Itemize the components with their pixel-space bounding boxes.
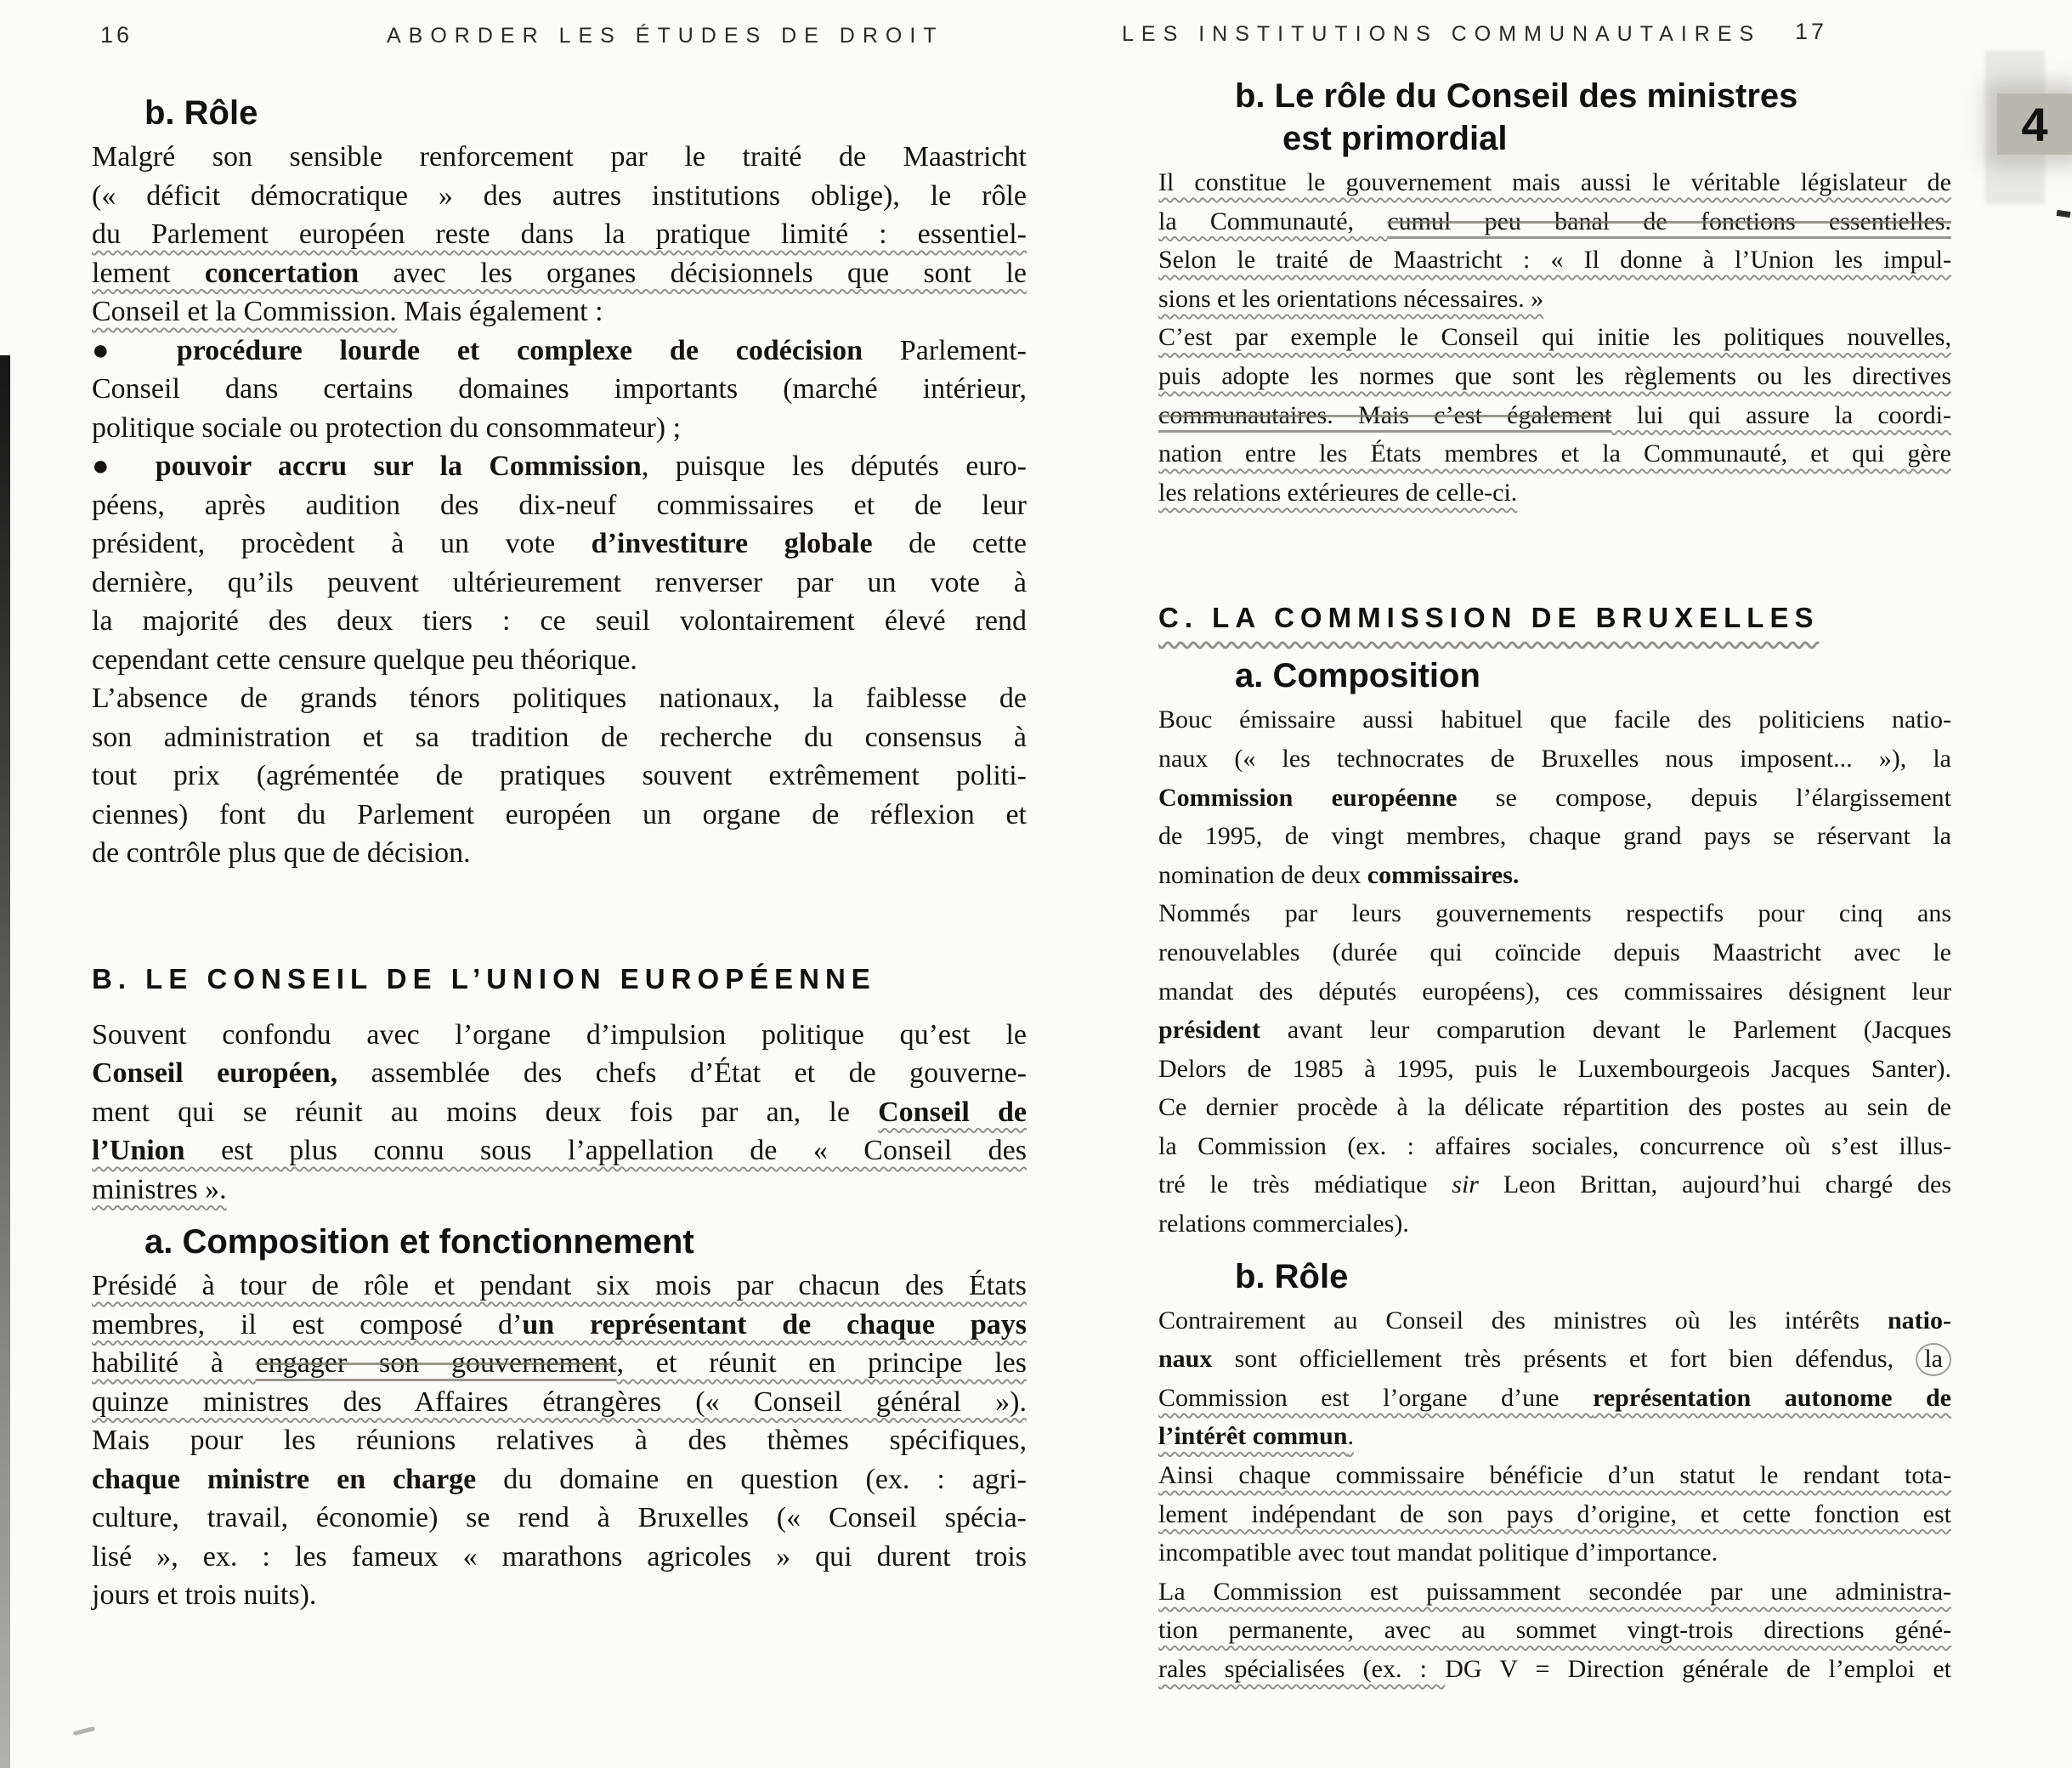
text-segment: ment qui se réunit au moins deux fois pa… [92,1096,878,1128]
text-segment: d’investiture globale [592,528,873,559]
text-segment: sir [1452,1170,1479,1198]
text-line: Contrairement au Conseil des ministres o… [1158,1301,1951,1340]
text-line: l’Union est plus connu sous l’appellatio… [92,1131,1027,1170]
text-line: Conseil dans certains domaines important… [92,370,1027,409]
subsection-heading-line: b. Rôle [1235,1255,1951,1298]
text-segment: naux [1158,1345,1212,1373]
text-segment: de cette [873,528,1027,559]
text-line: nation entre les États membres et la Com… [1158,434,1951,473]
text-line: Conseil et la Commission. Mais également… [92,292,1027,331]
text-segment: Présidé à tour de rôle et pendant six mo… [92,1270,1027,1301]
text-line: Selon le traité de Maastricht : « Il don… [1158,241,1951,280]
text-line: tout prix (agrémentée de pratiques souve… [92,756,1027,796]
text-segment: Delors de 1985 à 1995, puis le Luxembour… [1158,1055,1951,1083]
text-line: quinze ministres des Affaires étrangères… [92,1383,1027,1422]
pencil-mark [73,1726,95,1736]
text-line: péens, après audition des dix-neuf commi… [92,486,1027,525]
text-line: Commission est l’organe d’une représenta… [1158,1379,1951,1418]
text-segment: son administration et sa tradition de re… [92,722,1027,753]
text-line: rales spécialisées (ex. : DG V = Directi… [1158,1650,1951,1689]
text-segment: mandat des députés européens), ces commi… [1158,977,1951,1006]
text-segment: membres, il est composé d’ [92,1309,522,1340]
text-line: (« déficit démocratique » des autres ins… [92,177,1027,216]
text-segment: relations commerciales). [1158,1210,1409,1238]
text-line: tré le très médiatique sir Leon Brittan,… [1158,1165,1951,1204]
text-segment: Malgré son sensible renforcement par le … [92,141,1027,173]
text-segment: du domaine en question (ex. : agri- [476,1464,1027,1495]
text-segment: communautaires. Mais c’est également [1158,401,1611,429]
text-line: Malgré son sensible renforcement par le … [92,138,1027,177]
scan-speck [2057,210,2071,218]
text-line: la majorité des deux tiers : ce seuil vo… [92,602,1027,641]
text-segment: ciennes) font du Parlement européen un o… [92,799,1027,830]
subsection-heading-line: a. Composition et fonctionnement [144,1221,1027,1263]
text-segment: habilité à [92,1347,256,1379]
text-segment: nation entre les États membres et la Com… [1158,439,1951,467]
text-segment: est plus connu sous l’appellation de « C… [185,1135,1027,1166]
text-line: Ainsi chaque commissaire bénéficie d’un … [1158,1456,1951,1495]
text-segment: (« déficit démocratique » des autres ins… [92,180,1027,212]
text-line: lement concertation avec les organes déc… [92,254,1027,293]
text-line: son administration et sa tradition de re… [92,718,1027,757]
text-segment: ● pouvoir accru sur la Commission [92,450,642,482]
text-line: membres, il est composé d’un représentan… [92,1306,1027,1345]
text-segment: les relations extérieures de celle-ci. [1158,479,1517,507]
subsection-heading: a. Composition [1235,654,1951,697]
section-heading: B. LE CONSEIL DE L’UNION EUROPÉENNE [92,961,1027,997]
text-segment: de 1995, de vingt membres, chaque grand … [1158,822,1951,850]
text-line: les relations extérieures de celle-ci. [1158,473,1951,513]
text-segment: tré le très médiatique [1158,1170,1452,1198]
text-segment: . [1347,1422,1354,1450]
text-segment: quinze ministres des Affaires étrangères… [92,1386,1027,1418]
text-segment: président, procèdent à un vote [92,528,592,559]
subsection-heading: a. Composition et fonctionnement [144,1221,1027,1263]
text-segment: la majorité des deux tiers : ce seuil vo… [92,605,1027,637]
text-line: Conseil européen, assemblée des chefs d’… [92,1054,1027,1093]
text-segment: puis adopte les normes que sont les règl… [1158,362,1951,390]
text-segment: commissaires. [1367,861,1520,889]
text-segment: concertation [205,258,359,289]
text-segment: Ce dernier procède à la délicate réparti… [1158,1093,1951,1121]
text-segment: cependant cette censure quelque peu théo… [92,644,637,676]
text-line: L’absence de grands ténors politiques na… [92,679,1027,718]
text-line: Ce dernier procède à la délicate réparti… [1158,1088,1951,1127]
text-segment: , puisque les députés euro- [642,450,1027,482]
text-segment: renouvelables (durée qui coïncide depuis… [1158,938,1951,966]
text-line: chaque ministre en charge du domaine en … [92,1460,1027,1499]
text-segment: nomination de deux [1158,861,1367,889]
text-line: sions et les orientations nécessaires. » [1158,280,1951,319]
subsection-heading-line: a. Composition [1235,654,1951,697]
text-segment: assemblée des chefs d’État et de gouvern… [337,1057,1027,1089]
subsection-heading-line: b. Le rôle du Conseil des ministres [1235,75,1951,117]
text-segment: tion permanente, avec au sommet vingt-tr… [1158,1616,1951,1644]
text-line: président avant leur comparution devant … [1158,1011,1951,1050]
text-line: président, procèdent à un vote d’investi… [92,524,1027,564]
text-segment: Nommés par leurs gouvernements respectif… [1158,899,1951,927]
text-segment: péens, après audition des dix-neuf commi… [92,490,1027,521]
text-segment: de contrôle plus que de décision. [92,837,471,869]
text-line: relations commerciales). [1158,1204,1951,1244]
text-line: tion permanente, avec au sommet vingt-tr… [1158,1611,1951,1650]
text-segment: avant leur comparution devant le Parleme… [1260,1016,1951,1044]
text-segment: rales spécialisées (ex. : [1158,1655,1445,1683]
text-segment: ministres ». [92,1174,227,1205]
subsection-heading-line: b. Rôle [144,92,1027,134]
text-line: naux (« les technocrates de Bruxelles no… [1158,739,1951,779]
text-segment: Bouc émissaire aussi habituel que facile… [1158,705,1951,734]
subsection-heading: b. Rôle [1235,1255,1951,1298]
text-segment: tout prix (agrémentée de pratiques souve… [92,760,1027,791]
text-segment: jours et trois nuits). [92,1579,316,1611]
text-segment: Parlement- [863,335,1027,366]
chapter-tab: 4 [1997,93,2072,155]
text-line: mandat des députés européens), ces commi… [1158,972,1951,1011]
text-segment: représentation autonome de [1593,1384,1951,1412]
text-segment: dernière, qu’ils peuvent ultérieurement … [92,567,1027,598]
text-segment: La Commission est puissamment secondée p… [1158,1578,1951,1606]
text-line: Souvent confondu avec l’organe d’impulsi… [92,1016,1027,1055]
text-segment: la Commission (ex. : affaires sociales, … [1158,1132,1951,1160]
text-segment: culture, travail, économie) se rend à Br… [92,1502,1027,1533]
section-heading: C. LA COMMISSION DE BRUXELLES [1158,600,1951,636]
text-line: habilité à engager son gouvernement, et … [92,1344,1027,1383]
text-line: ment qui se réunit au moins deux fois pa… [92,1093,1027,1132]
text-segment: Mais également : [397,296,603,327]
text-segment: président [1158,1016,1260,1044]
text-segment: incompatible avec tout mandat politique … [1158,1538,1718,1567]
text-segment: sions et les orientations nécessaires. » [1158,285,1543,313]
text-segment: politique sociale ou protection du conso… [92,412,681,444]
text-line: lisé », ex. : les fameux « marathons agr… [92,1538,1027,1577]
text-line: Il constitue le gouvernement mais aussi … [1158,163,1951,202]
text-segment: naux (« les technocrates de Bruxelles no… [1158,745,1951,773]
text-line: de 1995, de vingt membres, chaque grand … [1158,817,1951,856]
text-segment: un représentant de chaque pays [522,1309,1027,1340]
text-line: C’est par exemple le Conseil qui initie … [1158,318,1951,357]
text-line: Bouc émissaire aussi habituel que facile… [1158,700,1951,739]
text-line: nomination de deux commissaires. [1158,856,1951,895]
text-segment: l’Union [92,1135,185,1166]
text-line: Mais pour les réunions relatives à des t… [92,1421,1027,1460]
text-segment: Il constitue le gouvernement mais aussi … [1158,168,1951,196]
text-line: Nommés par leurs gouvernements respectif… [1158,894,1951,933]
text-line: Commission européenne se compose, depuis… [1158,779,1951,818]
text-segment: lement indépendant de son pays d’origine… [1158,1500,1951,1528]
text-segment: avec les organes décisionnels que sont l… [359,258,1027,289]
text-line: Présidé à tour de rôle et pendant six mo… [92,1266,1027,1306]
text-line: la Commission (ex. : affaires sociales, … [1158,1127,1951,1166]
text-line: incompatible avec tout mandat politique … [1158,1533,1951,1572]
text-segment: Conseil de [878,1096,1027,1128]
text-line: de contrôle plus que de décision. [92,834,1027,873]
text-segment: Commission européenne [1158,784,1457,812]
right-page-column: b. Le rôle du Conseil des ministresest p… [1158,0,1951,1689]
text-line: la Communauté, cumul peu banal de foncti… [1158,202,1951,241]
text-segment: la [1916,1343,1951,1376]
text-segment: Selon le traité de Maastricht : « Il don… [1158,246,1951,274]
text-line: du Parlement européen reste dans la prat… [92,215,1027,254]
text-segment: Souvent confondu avec l’organe d’impulsi… [92,1019,1027,1051]
text-line: jours et trois nuits). [92,1576,1027,1615]
text-segment: C’est par exemple le Conseil qui initie … [1158,323,1951,351]
text-segment: ● procédure lourde et complexe de codéci… [92,335,863,366]
text-segment: lement [92,258,205,289]
text-line: dernière, qu’ils peuvent ultérieurement … [92,564,1027,603]
subsection-heading: b. Le rôle du Conseil des ministresest p… [1235,75,1951,160]
text-segment: sont officiellement très présents et for… [1212,1345,1916,1373]
subsection-heading: b. Rôle [144,92,1027,134]
text-line: l’intérêt commun. [1158,1417,1951,1456]
text-line: renouvelables (durée qui coïncide depuis… [1158,933,1951,972]
text-line: ● procédure lourde et complexe de codéci… [92,331,1027,371]
text-segment: L’absence de grands ténors politiques na… [92,683,1027,714]
text-line: Delors de 1985 à 1995, puis le Luxembour… [1158,1050,1951,1089]
text-segment: DG V = Direction générale de l’emploi et [1445,1655,1951,1683]
subsection-heading-line: est primordial [1282,117,1951,160]
text-segment: Contrairement au Conseil des ministres o… [1158,1306,1888,1334]
text-line: ciennes) font du Parlement européen un o… [92,796,1027,835]
book-spread: 16 ABORDER LES ÉTUDES DE DROIT LES INSTI… [0,0,2072,1768]
text-segment: se compose, depuis l’élargissement [1457,784,1951,812]
binding-shadow [0,355,10,1768]
text-segment: Leon Brittan, aujourd’hui chargé des [1479,1170,1951,1198]
text-line: La Commission est puissamment secondée p… [1158,1572,1951,1612]
text-line: puis adopte les normes que sont les règl… [1158,357,1951,396]
text-line: lement indépendant de son pays d’origine… [1158,1495,1951,1534]
text-segment: lui qui assure la coordi- [1611,401,1951,429]
text-segment: , et réunit en principe les [617,1347,1028,1379]
text-segment: lisé », ex. : les fameux « marathons agr… [92,1541,1027,1572]
text-segment: Conseil dans certains domaines important… [92,373,1027,405]
text-line: ● pouvoir accru sur la Commission, puisq… [92,447,1027,486]
text-line: ministres ». [92,1170,1027,1210]
text-segment: la Communauté, [1158,207,1387,235]
chapter-tab-label: 4 [2021,97,2047,152]
text-segment: chaque ministre en charge [92,1464,476,1495]
text-segment: natio- [1888,1306,1951,1334]
text-segment: Mais pour les réunions relatives à des t… [92,1425,1027,1456]
left-page-column: b. RôleMalgré son sensible renforcement … [92,0,1027,1615]
text-line: politique sociale ou protection du conso… [92,409,1027,448]
text-line: communautaires. Mais c’est également lui… [1158,396,1951,435]
text-segment: engager son gouvernement [256,1347,617,1379]
text-segment: cumul peu banal de fonctions essentielle… [1387,207,1951,235]
text-line: naux sont officiellement très présents e… [1158,1340,1951,1379]
text-line: cependant cette censure quelque peu théo… [92,641,1027,680]
text-segment: l’intérêt commun [1158,1422,1347,1450]
text-segment: du Parlement européen reste dans la prat… [92,218,1027,250]
text-segment: Conseil européen, [92,1057,337,1089]
text-segment: Ainsi chaque commissaire bénéficie d’un … [1158,1461,1951,1489]
text-line: culture, travail, économie) se rend à Br… [92,1499,1027,1538]
text-segment: Conseil et la Commission. [92,296,397,327]
text-segment: Commission est l’organe d’une [1158,1384,1593,1412]
